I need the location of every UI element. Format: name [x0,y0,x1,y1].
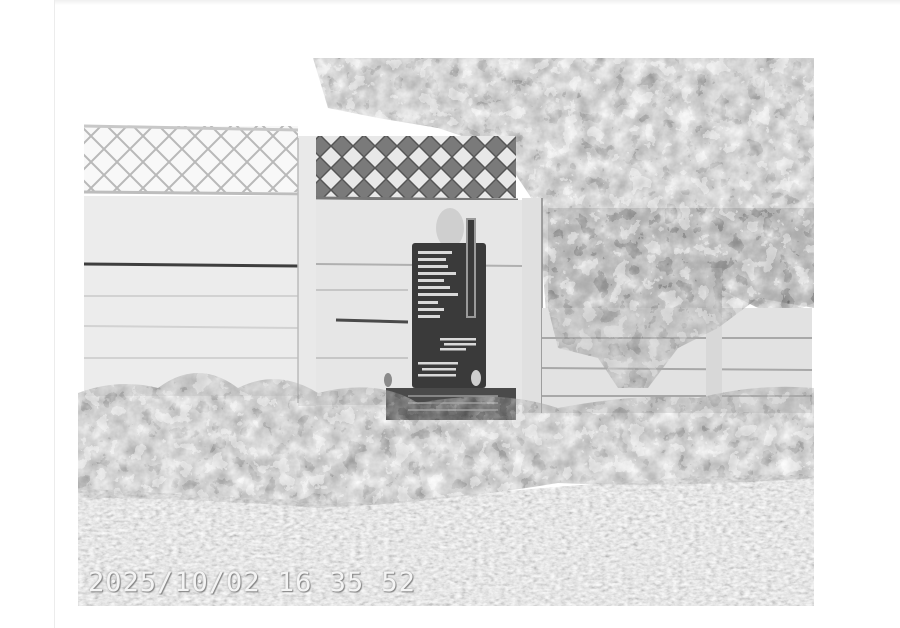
date-stamp: 2025/10/02 16 35 52 [88,567,416,598]
photo-scene [78,58,814,606]
scan-top-edge [54,0,900,5]
scan-left-edge [54,0,55,628]
photograph: 2025/10/02 16 35 52 [78,58,814,606]
